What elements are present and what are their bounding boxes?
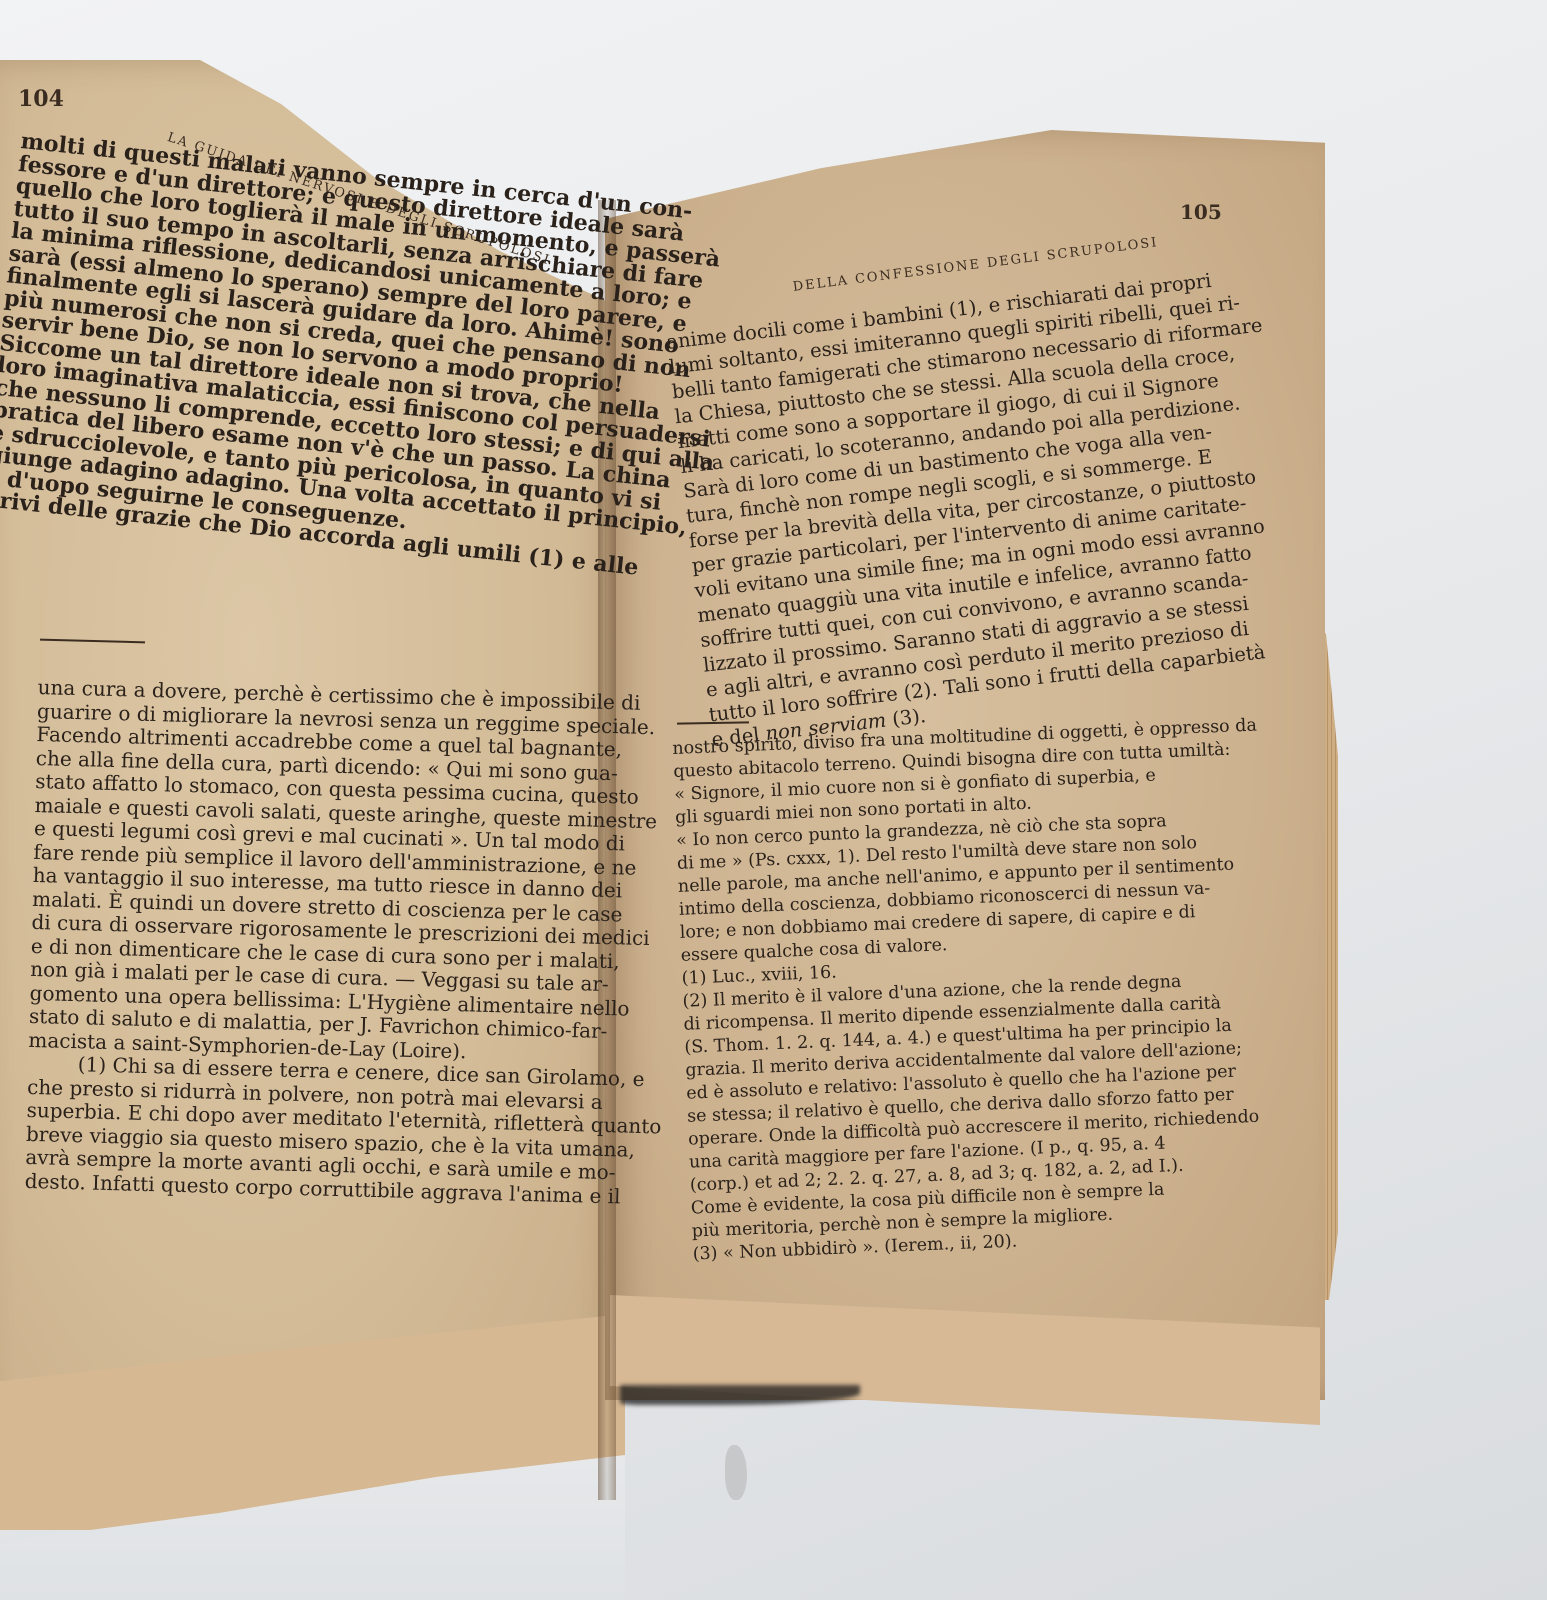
photo-scene: 104 LA GUIDA DEI NERVOSI E DEGLI SCRUPOL… — [0, 0, 1547, 1600]
book-shadow — [620, 1385, 860, 1405]
left-page-number: 104 — [18, 86, 64, 112]
right-footnotes: nostro spirito, diviso fra una moltitudi… — [672, 715, 1278, 1267]
right-body-text: anime docili come i bambini (1), e risch… — [665, 263, 1303, 753]
right-page-number: 105 — [1180, 200, 1222, 224]
left-footnotes: una cura a dovere, perchè è certissimo c… — [24, 676, 672, 1209]
table-stain — [725, 1445, 747, 1500]
left-body-text: molti di questi malati vanno sempre in c… — [0, 130, 741, 586]
